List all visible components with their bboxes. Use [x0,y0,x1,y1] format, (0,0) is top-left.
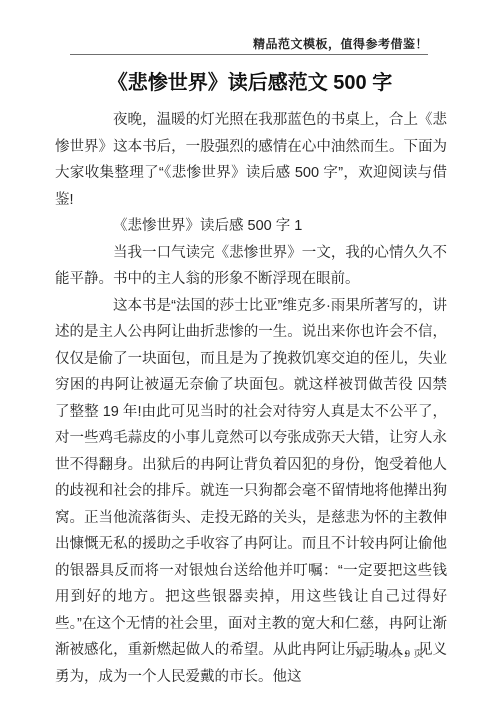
header-slogan: 精品范文模板，值得参考借鉴！ [70,37,428,51]
body-paragraph: 夜晚，温暖的灯光照在我那蓝色的书桌上，合上《悲惨世界》这本书后，一股强烈的感情在… [55,107,447,213]
page-number: 第 2 页/共 9 页 [356,645,424,660]
body-paragraph: 这本书是“法国的莎士比亚”维克多·雨果所著写的，讲述的是主人公冉阿让曲折悲惨的一… [55,293,447,691]
document-header: 精品范文模板，值得参考借鉴！ [70,0,428,55]
body-paragraph: 《悲惨世界》读后感 500 字 1 [55,213,447,240]
document-body: 夜晚，温暖的灯光照在我那蓝色的书桌上，合上《悲惨世界》这本书后，一股强烈的感情在… [55,107,447,690]
document-page: 精品范文模板，值得参考借鉴！ 《悲惨世界》读后感范文 500 字 夜晚，温暖的灯… [0,0,500,707]
body-paragraph: 当我一口气读完《悲惨世界》一文，我的心情久久不能平静。书中的主人翁的形象不断浮现… [55,240,447,293]
document-title: 《悲惨世界》读后感范文 500 字 [0,70,500,96]
